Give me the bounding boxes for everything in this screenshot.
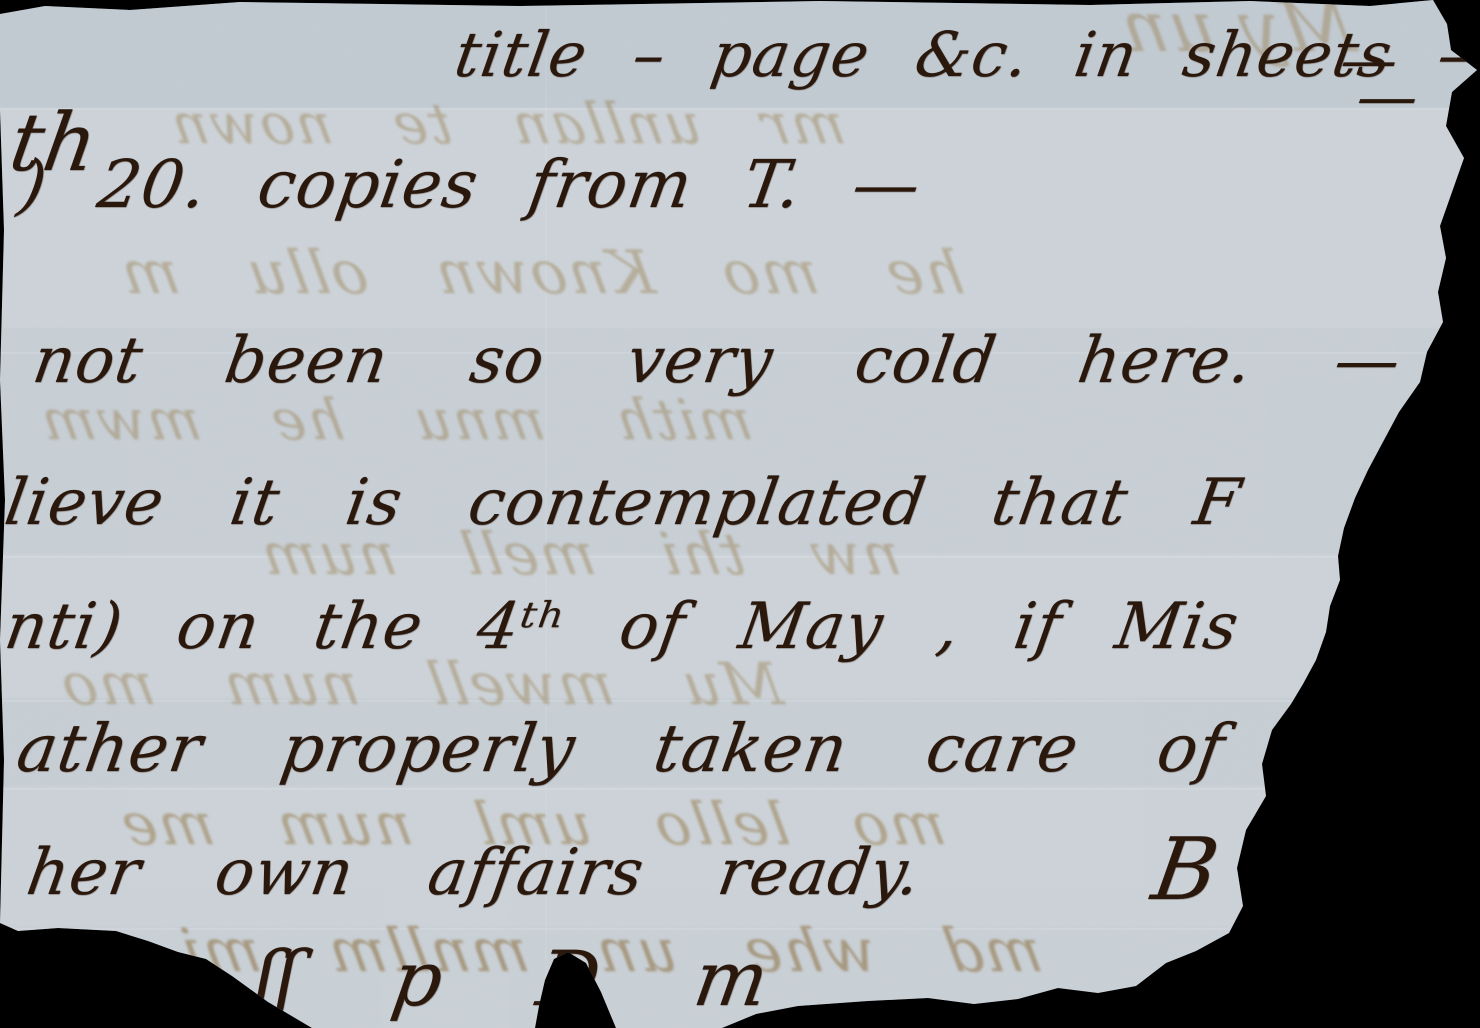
handwriting-line-7: her own affairs ready.	[22, 836, 926, 910]
paper-fragment: My un mr unllan te nown he mo Known ollu…	[0, 0, 1480, 1028]
letter-photo-stage: My un mr unllan te nown he mo Known ollu…	[0, 0, 1480, 1028]
handwriting-line-5: nti) on the 4ᵗʰ of May , if Mis	[0, 590, 1244, 664]
handwriting-line-1: title – page &c. in sheets —	[450, 18, 1480, 91]
handwriting-line-6: ather properly taken care of	[12, 710, 1230, 787]
handwriting-line-4: lieve it is contemplated that F	[0, 466, 1246, 540]
bleedthrough-stroke: he mo Known ollu m	[114, 238, 969, 308]
handwriting-line-2: ) 20. copies from T. —	[14, 146, 926, 223]
handwriting-line-1-dash: —	[1352, 62, 1424, 132]
handwriting-line-7-right-fragment: B	[1146, 820, 1226, 920]
handwriting-line-8-partial: ʃʃ p D m	[248, 934, 775, 1023]
handwriting-line-3: not been so very cold here. —	[28, 324, 1406, 398]
